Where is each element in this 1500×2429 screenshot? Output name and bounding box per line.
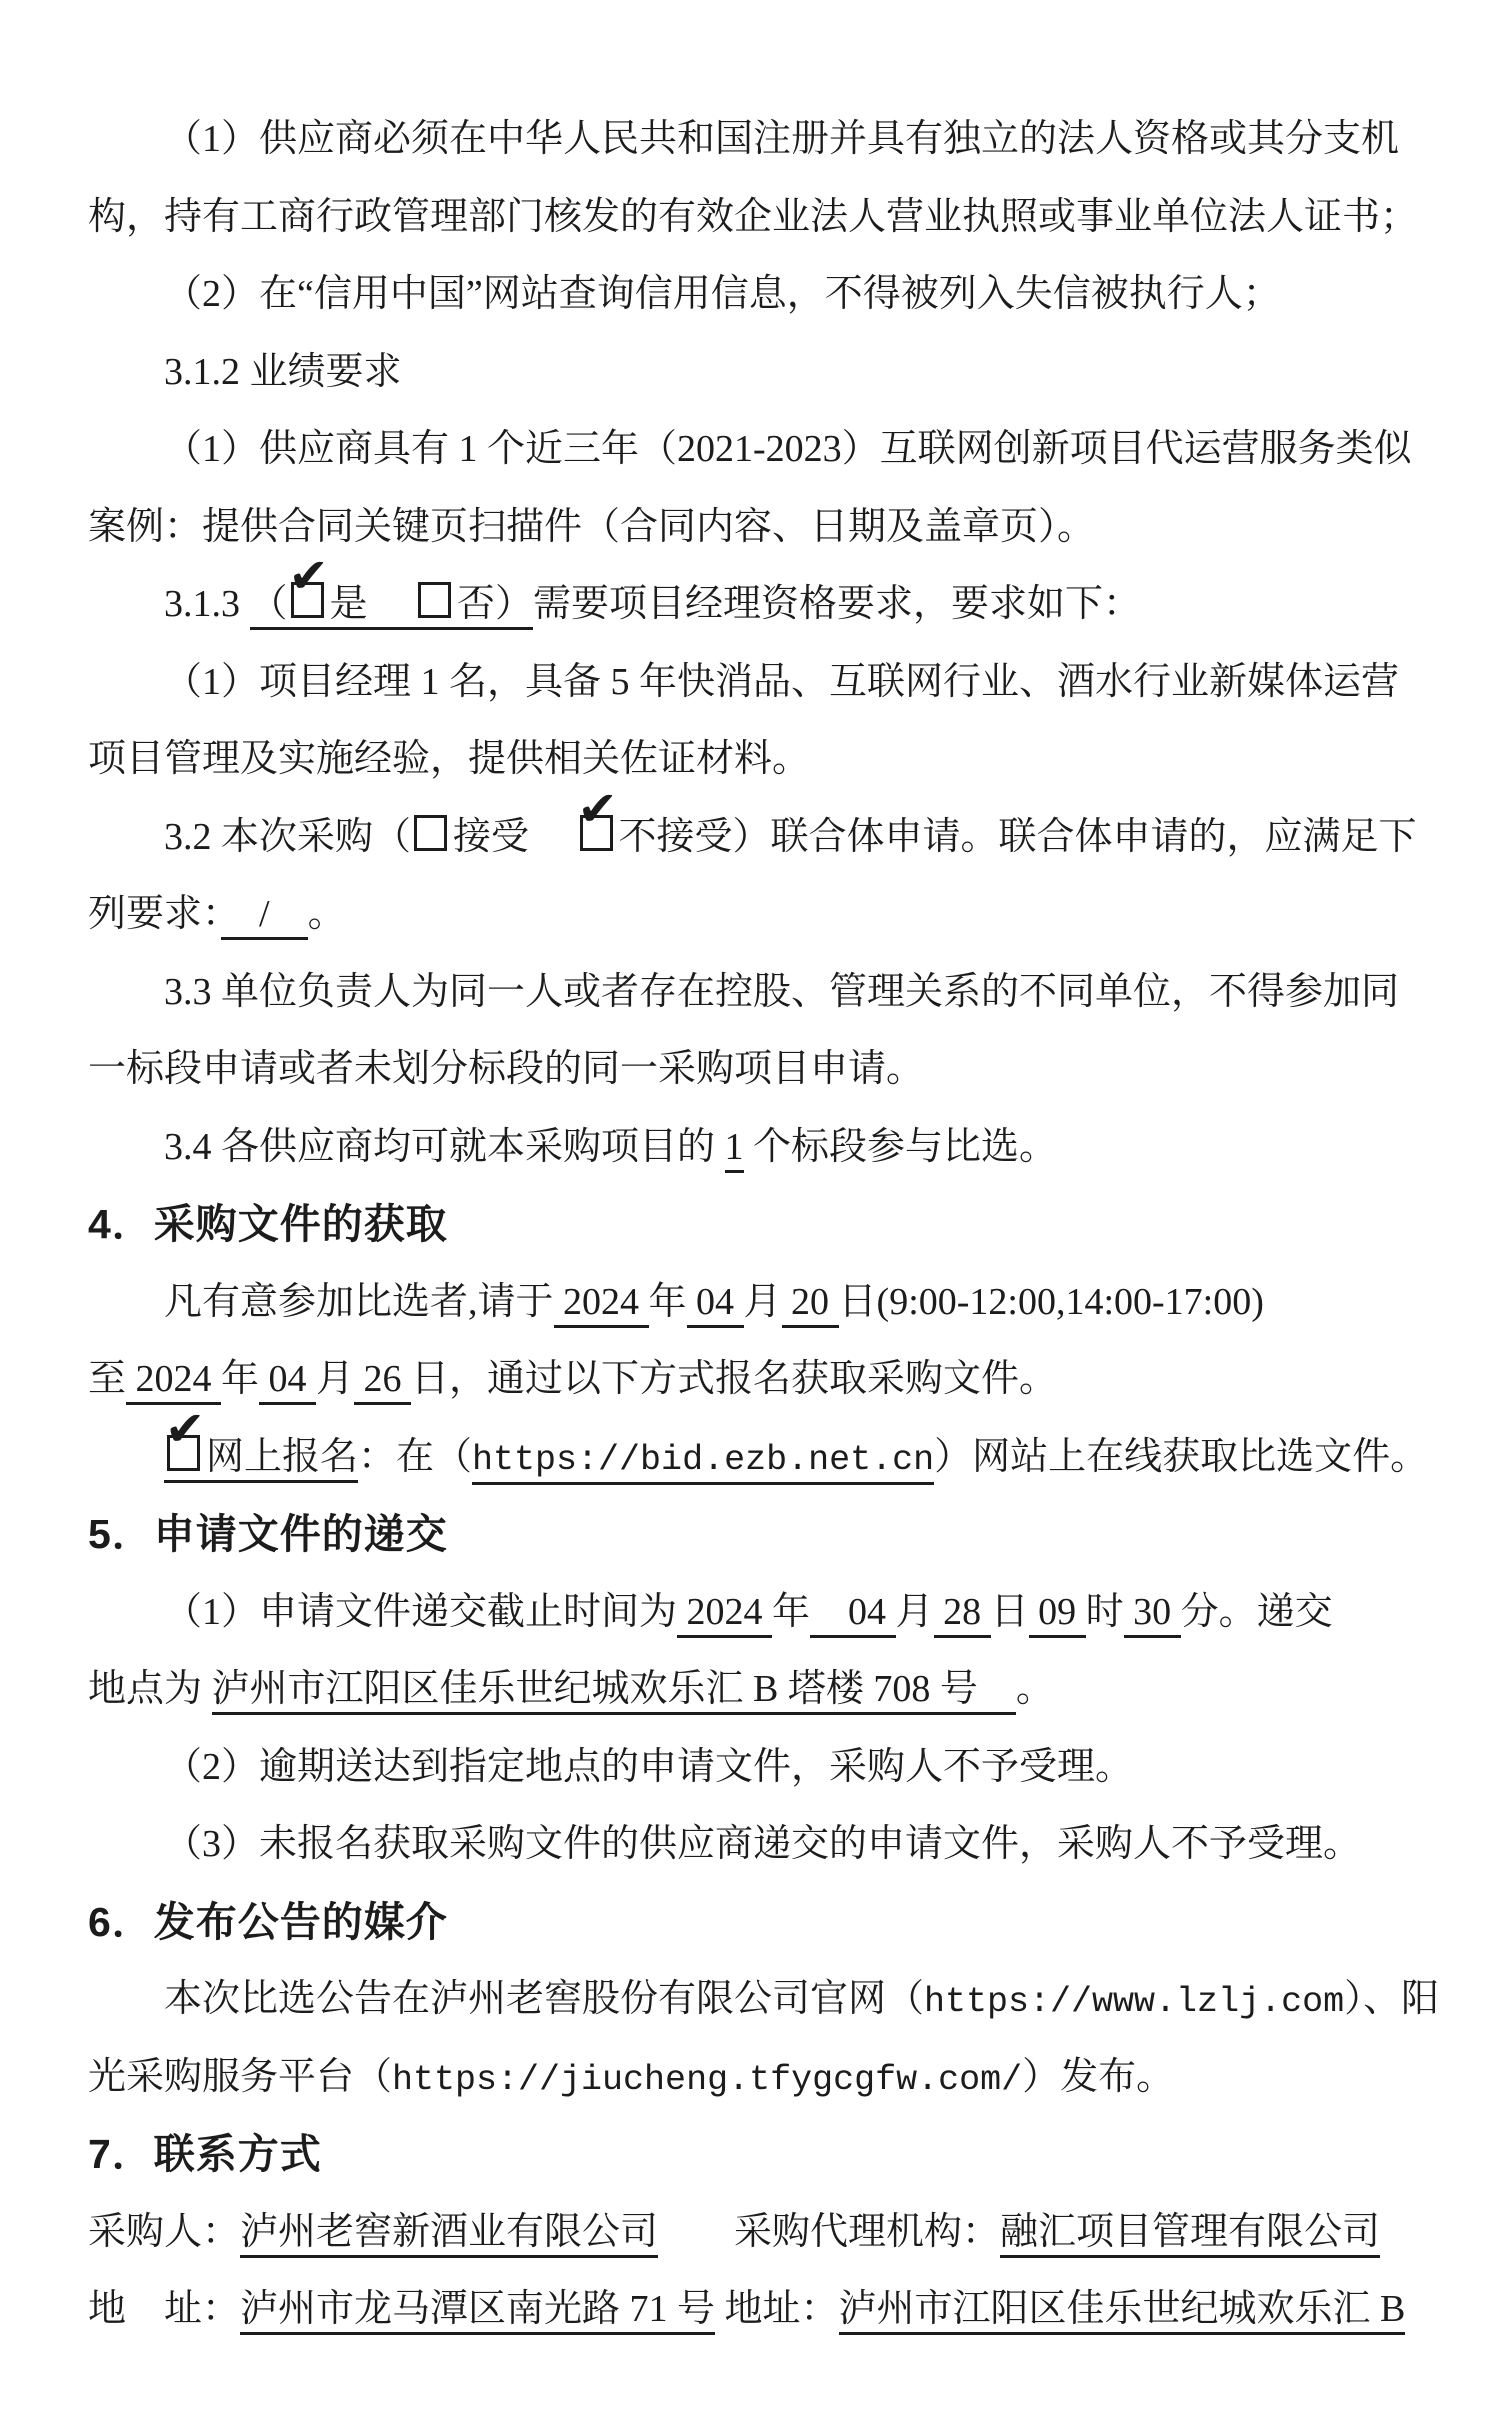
underlined-field: 04: [259, 1358, 316, 1405]
clause-3.1.1-item1-line2: 构，持有工商行政管理部门核发的有效企业法人营业执照或事业单位法人证书；: [88, 179, 1418, 257]
text-run: ）、阳: [1344, 1978, 1439, 2020]
underlined-field: 2024: [554, 1281, 649, 1328]
clause-3.3-line1: 3.3 单位负责人为同一人或者存在控股、管理关系的不同单位，不得参加同: [88, 954, 1418, 1032]
underlined-field: https://bid.ezb.net.cn: [472, 1440, 934, 1485]
checkbox-checked-icon: [580, 815, 613, 851]
text-run: 项目管理及实施经验，提供相关佐证材料。: [88, 738, 810, 780]
underlined-group: （是 否）: [250, 583, 534, 630]
text-run: 个标段参与比选。: [744, 1126, 1058, 1168]
online-registration-line: 网上报名：在（https://bid.ezb.net.cn）网站上在线获取比选文…: [88, 1419, 1418, 1497]
text-run: （1）供应商具有 1 个近三年（2021-2023）互联网创新项目代运营服务类似: [164, 428, 1412, 470]
text-run: 列要求：: [88, 893, 221, 935]
text-run: 分。递交: [1181, 1591, 1333, 1633]
underlined-field: 1: [725, 1126, 744, 1173]
text-run: 至: [88, 1358, 126, 1400]
section-5-item1-line1: （1）申请文件递交截止时间为 2024 年 04 月 28 日 09 时 30 …: [88, 1574, 1418, 1652]
text-run: 需要项目经理资格要求，要求如下：: [533, 583, 1141, 625]
text-run: 年: [221, 1358, 259, 1400]
text-run: （2）在“信用中国”网站查询信用信息，不得被列入失信被执行人；: [164, 273, 1281, 315]
section-6-para-line1: 本次比选公告在泸州老窖股份有限公司官网（https://www.lzlj.com…: [88, 1961, 1418, 2039]
text-run: 3.4 各供应商均可就本采购项目的: [164, 1126, 725, 1168]
text-run: 3.1.2 业绩要求: [164, 351, 402, 393]
underlined-field: 泸州市江阳区佳乐世纪城欢乐汇 B: [839, 2288, 1406, 2335]
text-run: 地址：: [715, 2288, 839, 2330]
section-5-item2: （2）逾期送达到指定地点的申请文件，采购人不予受理。: [88, 1729, 1418, 1807]
underlined-field: 2024: [677, 1591, 772, 1638]
underlined-field: 04: [810, 1591, 896, 1638]
text-run: 本次比选公告在泸州老窖股份有限公司官网（: [164, 1978, 924, 2020]
text-run: 否）: [457, 583, 533, 625]
text-run: ：在（: [358, 1436, 472, 1478]
text-run: 。: [1016, 1668, 1054, 1710]
section-5-item3: （3）未报名获取采购文件的供应商递交的申请文件，采购人不予受理。: [88, 1806, 1418, 1884]
underlined-group: 网上报名: [164, 1436, 358, 1483]
text-run: 采购人：: [88, 2211, 240, 2253]
clause-3.2-line1: 3.2 本次采购（接受 不接受）联合体申请。联合体申请的，应满足下: [88, 799, 1418, 877]
text-run: 凡有意参加比选者,请于: [164, 1281, 554, 1323]
text-run: ）网站上在线获取比选文件。: [934, 1436, 1428, 1478]
text-run: 月: [744, 1281, 782, 1323]
text-run: 。: [308, 893, 346, 935]
checkbox-unchecked-icon: [418, 582, 451, 618]
text-run: 网上报名: [206, 1436, 358, 1478]
underlined-field: /: [221, 893, 308, 940]
clause-3.1.3: 3.1.3 （是 否）需要项目经理资格要求，要求如下：: [88, 566, 1418, 644]
clause-3.1.2-item1-line2: 案例：提供合同关键页扫描件（合同内容、日期及盖章页）。: [88, 489, 1418, 567]
underlined-field: 26: [354, 1358, 411, 1405]
text-run: 时: [1086, 1591, 1124, 1633]
text-run: 月: [896, 1591, 934, 1633]
clause-3.1.1-item1-line1: （1）供应商必须在中华人民共和国注册并具有独立的法人资格或其分支机: [88, 101, 1418, 179]
text-run: 日(9:00-12:00,14:00-17:00): [839, 1281, 1264, 1323]
url-text: https://jiucheng.tfygcgfw.com/: [392, 2060, 1022, 2100]
underlined-field: 04: [687, 1281, 744, 1328]
underlined-field: 泸州市龙马潭区南光路 71 号: [240, 2288, 715, 2335]
text-run: 地 址：: [88, 2288, 240, 2330]
section-6-para-line2: 光采购服务平台（https://jiucheng.tfygcgfw.com/）发…: [88, 2039, 1418, 2117]
text-run: 年: [772, 1591, 810, 1633]
checkbox-checked-icon: [167, 1435, 200, 1471]
text-run: 月: [316, 1358, 354, 1400]
section-4-para-line1: 凡有意参加比选者,请于 2024 年 04 月 20 日(9:00-12:00,…: [88, 1264, 1418, 1342]
text-run: 6．发布公告的媒介: [88, 1899, 448, 1945]
text-run: （1）项目经理 1 名，具备 5 年快消品、互联网行业、酒水行业新媒体运营: [164, 661, 1399, 703]
text-run: 不接受）联合体申请。联合体申请的，应满足下: [619, 816, 1417, 858]
clause-3.1.1-item2: （2）在“信用中国”网站查询信用信息，不得被列入失信被执行人；: [88, 256, 1418, 334]
clause-3.1.2-item1-line1: （1）供应商具有 1 个近三年（2021-2023）互联网创新项目代运营服务类似: [88, 411, 1418, 489]
text-run: ）发布。: [1022, 2056, 1174, 2098]
section-7-heading: 7．联系方式: [88, 2116, 1418, 2194]
document-page: （1）供应商必须在中华人民共和国注册并具有独立的法人资格或其分支机构，持有工商行…: [88, 101, 1418, 2349]
text-run: 日: [991, 1591, 1029, 1633]
section-4-para-line2: 至 2024 年 04 月 26 日，通过以下方式报名获取采购文件。: [88, 1341, 1418, 1419]
text-run: （2）逾期送达到指定地点的申请文件，采购人不予受理。: [164, 1746, 1133, 1788]
text-run: 年: [649, 1281, 687, 1323]
text-run: 日，通过以下方式报名获取采购文件。: [411, 1358, 1057, 1400]
text-run: 一标段申请或者未划分标段的同一采购项目申请。: [88, 1048, 924, 1090]
text-run: （1）申请文件递交截止时间为: [164, 1591, 677, 1633]
clause-3.3-line2: 一标段申请或者未划分标段的同一采购项目申请。: [88, 1031, 1418, 1109]
underlined-field: 09: [1029, 1591, 1086, 1638]
underlined-field: 泸州市江阳区佳乐世纪城欢乐汇 B 塔楼 708 号: [212, 1668, 1016, 1715]
contact-purchaser-line: 采购人：泸州老窖新酒业有限公司 采购代理机构：融汇项目管理有限公司: [88, 2194, 1418, 2272]
text-run: 是: [330, 583, 416, 625]
underlined-field: 28: [934, 1591, 991, 1638]
clause-3.4: 3.4 各供应商均可就本采购项目的 1 个标段参与比选。: [88, 1109, 1418, 1187]
contact-address-line: 地 址：泸州市龙马潭区南光路 71 号 地址：泸州市江阳区佳乐世纪城欢乐汇 B: [88, 2271, 1418, 2349]
clause-3.1.3-item1-line2: 项目管理及实施经验，提供相关佐证材料。: [88, 721, 1418, 799]
section-6-heading: 6．发布公告的媒介: [88, 1884, 1418, 1962]
text-run: 光采购服务平台（: [88, 2056, 392, 2098]
text-run: 5．申请文件的递交: [88, 1511, 448, 1557]
text-run: 3.3 单位负责人为同一人或者存在控股、管理关系的不同单位，不得参加同: [164, 971, 1399, 1013]
text-run: 3.1.3: [164, 583, 250, 625]
url-text: https://www.lzlj.com: [924, 1982, 1344, 2022]
section-5-heading: 5．申请文件的递交: [88, 1496, 1418, 1574]
section-5-item1-line2: 地点为 泸州市江阳区佳乐世纪城欢乐汇 B 塔楼 708 号 。: [88, 1651, 1418, 1729]
text-run: （: [250, 583, 288, 625]
text-run: 构，持有工商行政管理部门核发的有效企业法人营业执照或事业单位法人证书；: [88, 196, 1418, 238]
text-run: 7．联系方式: [88, 2131, 322, 2177]
text-run: （1）供应商必须在中华人民共和国注册并具有独立的法人资格或其分支机: [164, 118, 1399, 160]
text-run: 案例：提供合同关键页扫描件（合同内容、日期及盖章页）。: [88, 506, 1095, 548]
checkbox-checked-icon: [291, 582, 324, 618]
clause-3.1.2-heading: 3.1.2 业绩要求: [88, 334, 1418, 412]
underlined-field: 泸州老窖新酒业有限公司: [240, 2211, 658, 2258]
checkbox-unchecked-icon: [414, 815, 447, 851]
text-run: 地点为: [88, 1668, 212, 1710]
text-run: （3）未报名获取采购文件的供应商递交的申请文件，采购人不予受理。: [164, 1823, 1361, 1865]
clause-3.2-line2: 列要求： / 。: [88, 876, 1418, 954]
underlined-field: 20: [782, 1281, 839, 1328]
section-4-heading: 4．采购文件的获取: [88, 1186, 1418, 1264]
text-run: 4．采购文件的获取: [88, 1201, 448, 1247]
text-run: 采购代理机构：: [658, 2211, 1000, 2253]
underlined-field: 30: [1124, 1591, 1181, 1638]
clause-3.1.3-item1-line1: （1）项目经理 1 名，具备 5 年快消品、互联网行业、酒水行业新媒体运营: [88, 644, 1418, 722]
underlined-field: 融汇项目管理有限公司: [1000, 2211, 1380, 2258]
text-run: 3.2 本次采购（: [164, 816, 411, 858]
text-run: 接受: [453, 816, 577, 858]
